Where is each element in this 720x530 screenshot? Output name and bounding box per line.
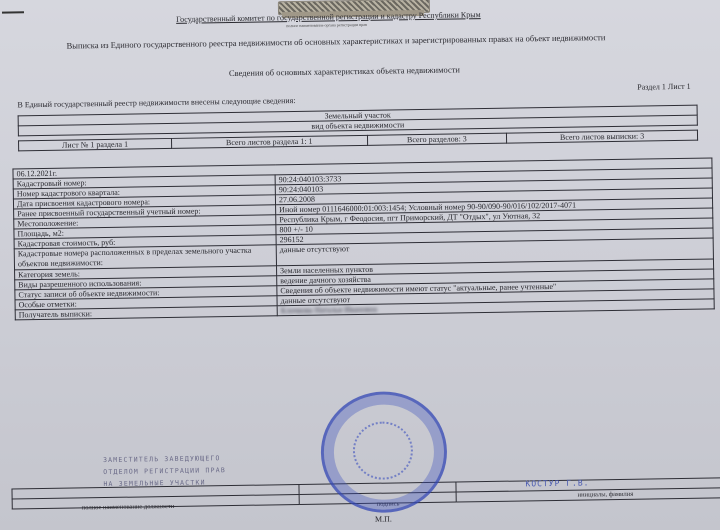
section-sheet-label: Раздел 1 Лист 1 [637,82,691,92]
signer-name: КОСТУР Г.В. [525,478,589,488]
corner-mark [2,11,24,13]
position-caption: полное наименование должности [82,503,175,511]
seal-caption: М.П. [375,515,392,524]
organization-caption: полное наименование органа регистрации п… [286,22,367,28]
sheet-number: Лист № 1 раздела 1 [19,138,172,150]
info-title: Сведения об основных характеристиках объ… [229,64,460,78]
total-sheets-section: Всего листов раздела 1: 1 [171,135,367,148]
initials-caption: инициалы, фамилия [578,491,634,499]
stamp-line: ОТДЕЛОМ РЕГИСТРАЦИИ ПРАВ [103,464,226,478]
document-page: Государственный комитет по государственн… [0,0,720,530]
total-sheets-extract: Всего листов выписки: 3 [507,130,698,143]
record-table: 06.12.2021г. Кадастровый номер: 90:24:04… [12,157,714,320]
extract-title: Выписка из Единого государственного реес… [66,32,605,50]
total-sections: Всего разделов: 3 [367,133,507,145]
position-stamp: ЗАМЕСТИТЕЛЬ ЗАВЕДУЮЩЕГО ОТДЕЛОМ РЕГИСТРА… [103,452,226,490]
intro-text: В Единый государственный реестр недвижим… [17,96,295,109]
